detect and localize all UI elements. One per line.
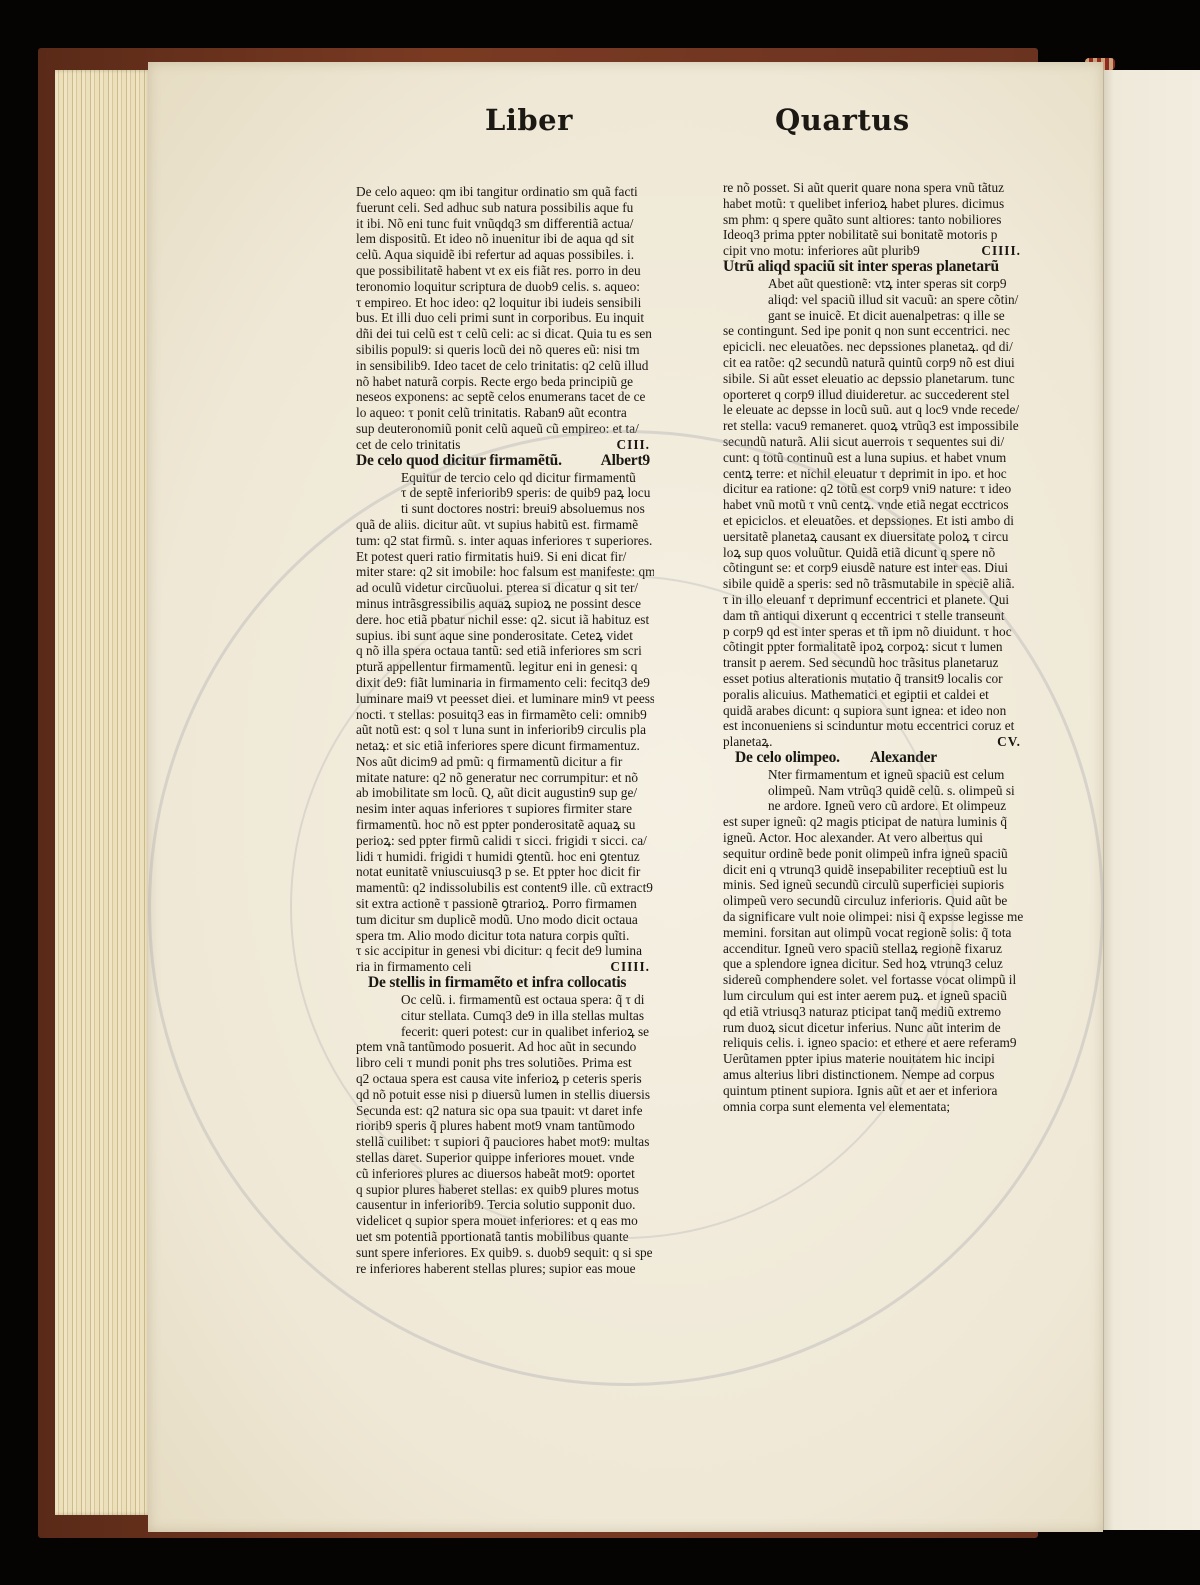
line-text: in sensibilib9. Ideo tacet de celo trini… — [356, 358, 648, 373]
text-line: esset potius alterationis mutatio q̃ tra… — [723, 671, 1025, 687]
line-text: cũ inferiores plures ac diuersos habeãt … — [356, 1166, 635, 1181]
text-line: netaꝝ: et sic etiã inferiores spere dicu… — [356, 738, 654, 754]
text-line: stellã cuilibet: τ supiori q̃ pauciores … — [356, 1134, 654, 1150]
text-line: neseos exponens: ac septẽ celos enumeran… — [356, 389, 654, 405]
text-line: tum: q2 stat firmũ. s. inter aquas infer… — [356, 533, 654, 549]
line-text: miter stare: q2 sit imobile: hoc falsum … — [356, 564, 654, 579]
line-text: Nos aũt dicim9 ad pmũ: q firmamentũ dici… — [356, 754, 622, 769]
text-line: Uerũtamen ppter ipius materie nouitatem … — [723, 1051, 1025, 1067]
text-line: accenditur. Igneũ vero spaciũ stellaꝝ re… — [723, 941, 1025, 957]
text-line: est inconueniens si scinduntur motu ecce… — [723, 718, 1025, 734]
line-text: re inferiores haberent stellas plures; s… — [356, 1261, 636, 1276]
line-text: nesim inter aquas inferiores τ supiores … — [356, 801, 632, 816]
line-text: omnia corpa sunt elementa vel elementata… — [723, 1099, 950, 1114]
text-line: cunt: q totũ continuũ est a luna supius.… — [723, 450, 1025, 466]
line-text: tum: q2 stat firmũ. s. inter aquas infer… — [356, 533, 652, 548]
line-text: memini. forsitan aut olimpũ vocat region… — [723, 925, 1011, 940]
text-line: libro celi τ mundi ponit phs tres soluti… — [356, 1055, 654, 1071]
line-text: supius. ibi sunt aque sine ponderositate… — [356, 628, 633, 643]
text-line: quã de aliis. dicitur aũt. vt supius hab… — [356, 517, 654, 533]
line-text: sm phm: q spere quãto sunt altiores: tan… — [723, 212, 1001, 227]
line-text: sibilis popul9: si queris locũ dei nõ qu… — [356, 342, 640, 357]
text-line: igneũ. Actor. Hoc alexander. At vero alb… — [723, 830, 1025, 846]
line-text: ad oculũ videtur circũuolui. pterea si d… — [356, 580, 638, 595]
line-text: olimpeũ vero secundũ circuluz inferioris… — [723, 893, 1007, 908]
text-line: dam tñ antiqui dixerunt q eccentrici τ s… — [723, 608, 1025, 624]
line-text: nocti. τ stellas: posuitq3 eas in firmam… — [356, 707, 647, 722]
text-line: ab imobilitate sm locũ. Q, aũt dicit aug… — [356, 785, 654, 801]
line-text: Utrũ aliqd spaciũ sit inter speras plane… — [723, 259, 999, 275]
line-text: accenditur. Igneũ vero spaciũ stellaꝝ re… — [723, 941, 1002, 956]
line-text: igneũ. Actor. Hoc alexander. At vero alb… — [723, 830, 983, 845]
text-line: qd etiã vtriusq3 naturaz pticipat tanq̃ … — [723, 1004, 1025, 1020]
text-line: omnia corpa sunt elementa vel elementata… — [723, 1099, 1025, 1115]
line-text: netaꝝ: et sic etiã inferiores spere dicu… — [356, 738, 640, 753]
line-text: nõ habet naturã corpis. Recte ergo beda … — [356, 374, 633, 389]
chapter-number: CV. — [997, 734, 1025, 750]
text-line: τ sic accipitur in genesi vbi dicitur: q… — [356, 943, 654, 959]
text-line: sit extra actionẽ τ passionẽ ꝯtrarioꝝ. P… — [356, 896, 654, 912]
text-line: dñi dei tui celũ est τ celũ celi: ac si … — [356, 326, 654, 342]
text-line: Ideoq3 prima ppter nobilitatẽ sui bonita… — [723, 227, 1025, 243]
text-line: ret stella: vacu9 remaneret. quoꝝ vtrũq3… — [723, 418, 1025, 434]
text-line: fecerit: queri potest: cur in qualibet i… — [356, 1024, 654, 1040]
text-line: dixit de9: fiãt luminaria in firmamento … — [356, 675, 654, 691]
text-line: Et potest queri ratio firmitatis hui9. S… — [356, 549, 654, 565]
text-line: τ empireo. Et hoc ideo: q2 loquitur ibi … — [356, 295, 654, 311]
line-text: mitate nature: q2 nõ generatur nec corru… — [356, 770, 638, 785]
line-text: reliquis celis. i. igneo spacio: et ethe… — [723, 1035, 1017, 1050]
line-text: q supior plures haberet stellas: ex quib… — [356, 1182, 639, 1197]
line-text: De stellis in firmamẽto et infra colloca… — [368, 975, 626, 991]
line-text: cunt: q totũ continuũ est a luna supius.… — [723, 450, 1006, 465]
text-line: se contingunt. Sed ipe ponit q non sunt … — [723, 323, 1025, 339]
text-line: perioꝝ: sed ppter firmũ calidi τ sicci. … — [356, 833, 654, 849]
line-text: lum circulum qui est inter aerem puꝝ. et… — [723, 988, 1007, 1003]
text-line: ti sunt doctores nostri: breui9 absoluem… — [356, 501, 654, 517]
line-text: minus intrãsgressibilis aquaꝝ supioꝝ ne … — [356, 596, 641, 611]
text-line: sunt spere inferiores. Ex quib9. s. duob… — [356, 1245, 654, 1261]
text-line: secundũ naturã. Alii sicut auerrois τ se… — [723, 434, 1025, 450]
text-line: memini. forsitan aut olimpũ vocat region… — [723, 925, 1025, 941]
text-line: dicit eni q vtrunq3 quidẽ insepabiliter … — [723, 862, 1025, 878]
text-line: CIIII.cipit vno motu: inferiores aũt plu… — [723, 243, 1025, 259]
line-text: τ in illo eleuanf τ deprimunf eccentrici… — [723, 592, 1009, 607]
line-text: habet vnũ motũ τ vnũ centꝝ. vnde etiã ne… — [723, 497, 1009, 512]
line-text: uet sm potentiã pportionatã tantis mobil… — [356, 1229, 629, 1244]
line-text: Nter firmamentum et igneũ spaciũ est cel… — [768, 767, 1004, 782]
text-line: cõtingunt se: et corp9 eiusdẽ nature est… — [723, 560, 1025, 576]
line-text: q2 octaua spera est causa vite inferioꝝ … — [356, 1071, 642, 1086]
line-text: τ empireo. Et hoc ideo: q2 loquitur ibi … — [356, 295, 641, 310]
line-text: lo aqueo: τ ponit celũ trinitatis. Raban… — [356, 405, 627, 420]
chapter-number: CIIII. — [610, 959, 654, 975]
line-text: dixit de9: fiãt luminaria in firmamento … — [356, 675, 650, 690]
text-line: riorib9 speris q̃ plures habent mot9 vna… — [356, 1118, 654, 1134]
line-text: firmamentũ. hoc nõ est ppter ponderosita… — [356, 817, 635, 832]
line-text: cõtingunt se: et corp9 eiusdẽ nature est… — [723, 560, 1008, 575]
section-heading: De stellis in firmamẽto et infra colloca… — [356, 975, 654, 992]
text-line: aũt notũ est: q sol τ luna sunt in infer… — [356, 722, 654, 738]
line-text: oporteret q corp9 illud diuideretur. ac … — [723, 387, 1010, 402]
text-line: Nos aũt dicim9 ad pmũ: q firmamentũ dici… — [356, 754, 654, 770]
line-text: perioꝝ: sed ppter firmũ calidi τ sicci. … — [356, 833, 647, 848]
text-line: uersitatẽ planetaꝝ causant ex diuersitat… — [723, 529, 1025, 545]
line-text: Oc celũ. i. firmamentũ est octaua spera:… — [401, 992, 645, 1007]
text-line: que a splendore ignea dicitur. Sed hoꝝ v… — [723, 956, 1025, 972]
text-line: tum dicitur sm duplicẽ modũ. Uno modo di… — [356, 912, 654, 928]
text-line: minus intrãsgressibilis aquaꝝ supioꝝ ne … — [356, 596, 654, 612]
page-stack-edge — [55, 70, 150, 1515]
text-line: gant se inuicẽ. Et dicit auenalpetras: q… — [723, 308, 1025, 324]
text-line: re inferiores haberent stellas plures; s… — [356, 1261, 654, 1277]
text-line: oporteret q corp9 illud diuideretur. ac … — [723, 387, 1025, 403]
line-text: cet de celo trinitatis — [356, 437, 461, 452]
text-line: lem dispositũ. Et ideo nõ inuenitur ibi … — [356, 231, 654, 247]
line-text: Ideoq3 prima ppter nobilitatẽ sui bonita… — [723, 227, 997, 242]
text-line: dicitur ea ratione: q2 totũ est corp9 vn… — [723, 481, 1025, 497]
line-text: epicicli. nec eleuatões. nec depssiones … — [723, 339, 1013, 354]
line-text: re nõ posset. Si aũt querit quare nona s… — [723, 180, 1004, 195]
text-line: Nter firmamentum et igneũ spaciũ est cel… — [723, 767, 1025, 783]
line-text: mamentũ: q2 indissolubilis est content9 … — [356, 880, 653, 895]
line-text: Equitur de tercio celo qd dicitur firmam… — [401, 470, 636, 485]
line-text: p corp9 qd est inter speras et tñ ipm nõ… — [723, 624, 1012, 639]
text-line: habet vnũ motũ τ vnũ centꝝ. vnde etiã ne… — [723, 497, 1025, 513]
text-line: p corp9 qd est inter speras et tñ ipm nõ… — [723, 624, 1025, 640]
text-line: sibile quidẽ a speris: sed nõ trãsmutabi… — [723, 576, 1025, 592]
line-text: aũt notũ est: q sol τ luna sunt in infer… — [356, 722, 646, 737]
text-line: notat eunitatẽ vniuscuiusq3 p se. Et ppt… — [356, 864, 654, 880]
line-text: que possibilitatẽ habent vt ex eis fiãt … — [356, 263, 641, 278]
line-text: dam tñ antiqui dixerunt q eccentrici τ s… — [723, 608, 1005, 623]
text-line: sibile. Si aũt esset eleuatio ac depssio… — [723, 371, 1025, 387]
line-text: τ de septẽ inferiorib9 speris: de quib9 … — [401, 485, 650, 500]
text-line: da significare vult noie olimpei: nisi q… — [723, 909, 1025, 925]
line-text: lem dispositũ. Et ideo nõ inuenitur ibi … — [356, 231, 634, 246]
text-line: lum circulum qui est inter aerem puꝝ. et… — [723, 988, 1025, 1004]
text-line: et epiciclos. et eleuatões. et depssione… — [723, 513, 1025, 529]
line-text: sup deuteronomiũ ponit celũ aqueũ cũ emp… — [356, 421, 639, 436]
text-line: lidi τ humidi. frigidi τ humidi ꝯtentũ. … — [356, 849, 654, 865]
text-line: causentur in inferiorib9. Tercia solutio… — [356, 1197, 654, 1213]
text-line: citur stellata. Cumq3 de9 in illa stella… — [356, 1008, 654, 1024]
text-line: Equitur de tercio celo qd dicitur firmam… — [356, 470, 654, 486]
line-text: quã de aliis. dicitur aũt. vt supius hab… — [356, 517, 638, 532]
text-line: lo aqueo: τ ponit celũ trinitatis. Raban… — [356, 405, 654, 421]
text-line: CV.planetaꝝ. — [723, 734, 1025, 750]
text-line: ptem vnã tantũmodo posuerit. Ad hoc aũt … — [356, 1039, 654, 1055]
line-text: quidã arabes dicunt: q supiora sunt igne… — [723, 703, 1006, 718]
line-text: ptem vnã tantũmodo posuerit. Ad hoc aũt … — [356, 1039, 636, 1054]
text-line: nocti. τ stellas: posuitq3 eas in firmam… — [356, 707, 654, 723]
text-line: Abet aũt questionẽ: vtꝝ inter speras sit… — [723, 276, 1025, 292]
line-text: dñi dei tui celũ est τ celũ celi: ac si … — [356, 326, 652, 341]
text-line: cit ea ratõe: q2 secundũ naturã quintũ c… — [723, 355, 1025, 371]
text-line: ptură appellentur firmamentũ. legitur en… — [356, 659, 654, 675]
line-text: uersitatẽ planetaꝝ causant ex diuersitat… — [723, 529, 1008, 544]
text-line: teronomio loquitur scriptura de duob9 ce… — [356, 279, 654, 295]
line-text: rum duoꝝ sicut dicetur inferius. Nunc aũ… — [723, 1020, 1001, 1035]
line-text: stellas daret. Superior quippe inferiore… — [356, 1150, 634, 1165]
text-line: mamentũ: q2 indissolubilis est content9 … — [356, 880, 654, 896]
text-line: re nõ posset. Si aũt querit quare nona s… — [723, 180, 1025, 196]
line-text: gant se inuicẽ. Et dicit auenalpetras: q… — [768, 308, 1005, 323]
line-text: stellã cuilibet: τ supiori q̃ pauciores … — [356, 1134, 649, 1149]
line-text: quintum ptinent supiora. Ignis aũt et ae… — [723, 1083, 997, 1098]
line-text: citur stellata. Cumq3 de9 in illa stella… — [401, 1008, 644, 1023]
text-line: loꝝ sup quos voluũtur. Quidã etiã dicunt… — [723, 545, 1025, 561]
text-line: CIIII.ria in firmamento celi — [356, 959, 654, 975]
text-line: ad oculũ videtur circũuolui. pterea si d… — [356, 580, 654, 596]
text-line: Secunda est: q2 natura sic opa sua tpaui… — [356, 1103, 654, 1119]
text-line: nõ habet naturã corpis. Recte ergo beda … — [356, 374, 654, 390]
text-line: olimpeũ vero secundũ circuluz inferioris… — [723, 893, 1025, 909]
line-text: τ sic accipitur in genesi vbi dicitur: q… — [356, 943, 642, 958]
running-head-left: Liber — [485, 103, 573, 137]
text-line: uet sm potentiã pportionatã tantis mobil… — [356, 1229, 654, 1245]
line-text: bus. Et illi duo celi primi sunt in corp… — [356, 310, 644, 325]
line-text: cipit vno motu: inferiores aũt plurib9 — [723, 243, 920, 258]
text-line: rum duoꝝ sicut dicetur inferius. Nunc aũ… — [723, 1020, 1025, 1036]
recto-page-edge — [1103, 70, 1200, 1530]
text-line: q2 octaua spera est causa vite inferioꝝ … — [356, 1071, 654, 1087]
cited-author: Alexander — [840, 750, 941, 766]
line-text: sequitur ordinẽ bede ponit olimpeũ infra… — [723, 846, 1008, 861]
text-line: stellas daret. Superior quippe inferiore… — [356, 1150, 654, 1166]
text-line: centꝝ terre: et nichil eleuatur τ deprim… — [723, 466, 1025, 482]
text-line: celũ. Aqua siquidẽ ibi refertur ad aquas… — [356, 247, 654, 263]
text-line: qd nõ potuit esse nisi p diuersũ lumen i… — [356, 1087, 654, 1103]
line-text: fecerit: queri potest: cur in qualibet i… — [401, 1024, 649, 1039]
line-text: planetaꝝ. — [723, 734, 772, 749]
line-text: centꝝ terre: et nichil eleuatur τ deprim… — [723, 466, 1007, 481]
line-text: ptură appellentur firmamentũ. legitur en… — [356, 659, 637, 674]
text-line: sequitur ordinẽ bede ponit olimpeũ infra… — [723, 846, 1025, 862]
line-text: olimpeũ. Nam vtrũq3 quidẽ celũ. s. olimp… — [768, 783, 1015, 798]
line-text: sunt spere inferiores. Ex quib9. s. duob… — [356, 1245, 653, 1260]
line-text: ab imobilitate sm locũ. Q, aũt dicit aug… — [356, 785, 637, 800]
text-column-left: De celo aqueo: qm ibi tangitur ordinatio… — [356, 184, 654, 1276]
text-line: q nõ illa spera octaua tantũ: sed etiã i… — [356, 643, 654, 659]
line-text: se contingunt. Sed ipe ponit q non sunt … — [723, 323, 1010, 338]
line-text: lidi τ humidi. frigidi τ humidi ꝯtentũ. … — [356, 849, 640, 864]
line-text: luminare mai9 vt peesset diei. et lumina… — [356, 691, 654, 706]
text-line: le eleuate ac depsse in locũ suũ. aut q … — [723, 402, 1025, 418]
line-text: neseos exponens: ac septẽ celos enumeran… — [356, 389, 645, 404]
line-text: est super igneũ: q2 magis pticipat de na… — [723, 814, 1007, 829]
line-text: sidereũ comphendere solet. vel fortasse … — [723, 972, 1016, 987]
line-text: que a splendore ignea dicitur. Sed hoꝝ v… — [723, 956, 1003, 971]
line-text: sibile quidẽ a speris: sed nõ trãsmutabi… — [723, 576, 1015, 591]
text-line: miter stare: q2 sit imobile: hoc falsum … — [356, 564, 654, 580]
text-line: cũ inferiores plures ac diuersos habeãt … — [356, 1166, 654, 1182]
line-text: secundũ naturã. Alii sicut auerrois τ se… — [723, 434, 1004, 449]
line-text: poralis alicuius. Mathematici et egiptii… — [723, 687, 989, 702]
line-text: De celo aqueo: qm ibi tangitur ordinatio… — [356, 184, 638, 199]
line-text: spera tm. Alio modo dicitur tota natura … — [356, 928, 629, 943]
line-text: it ibi. Nõ eni tunc fuit vnũqdq3 sm diff… — [356, 216, 633, 231]
chapter-number: CIIII. — [981, 243, 1025, 259]
line-text: riorib9 speris q̃ plures habent mot9 vna… — [356, 1118, 635, 1133]
line-text: et epiciclos. et eleuatões. et depssione… — [723, 513, 1014, 528]
text-line: supius. ibi sunt aque sine ponderositate… — [356, 628, 654, 644]
line-text: da significare vult noie olimpei: nisi q… — [723, 909, 1023, 924]
line-text: le eleuate ac depsse in locũ suũ. aut q … — [723, 402, 1019, 417]
text-line: spera tm. Alio modo dicitur tota natura … — [356, 928, 654, 944]
text-line: poralis alicuius. Mathematici et egiptii… — [723, 687, 1025, 703]
text-line: dere. hoc etiã pbatur nichil esse: q2. s… — [356, 612, 654, 628]
line-text: celũ. Aqua siquidẽ ibi refertur ad aquas… — [356, 247, 634, 262]
line-text: ti sunt doctores nostri: breui9 absoluem… — [401, 501, 645, 516]
text-line: firmamentũ. hoc nõ est ppter ponderosita… — [356, 817, 654, 833]
text-line: τ in illo eleuanf τ deprimunf eccentrici… — [723, 592, 1025, 608]
text-line: sidereũ comphendere solet. vel fortasse … — [723, 972, 1025, 988]
text-line: ne ardore. Igneũ vero cũ ardore. Et olim… — [723, 798, 1025, 814]
line-text: ria in firmamento celi — [356, 959, 472, 974]
text-line: mitate nature: q2 nõ generatur nec corru… — [356, 770, 654, 786]
line-text: De celo olimpeo. — [735, 750, 840, 766]
text-line: habet motũ: τ quelibet inferioꝝ habet pl… — [723, 196, 1025, 212]
chapter-number: CIII. — [617, 437, 654, 453]
line-text: dicitur ea ratione: q2 totũ est corp9 vn… — [723, 481, 1011, 496]
text-line: est super igneũ: q2 magis pticipat de na… — [723, 814, 1025, 830]
line-text: est inconueniens si scinduntur motu ecce… — [723, 718, 1014, 733]
text-line: minis. Sed igneũ secundũ circulũ superfi… — [723, 877, 1025, 893]
line-text: Secunda est: q2 natura sic opa sua tpaui… — [356, 1103, 643, 1118]
text-line: reliquis celis. i. igneo spacio: et ethe… — [723, 1035, 1025, 1051]
line-text: esset potius alterationis mutatio q̃ tra… — [723, 671, 1003, 686]
text-line: fuerunt celi. Sed adhuc sub natura possi… — [356, 200, 654, 216]
text-line: nesim inter aquas inferiores τ supiores … — [356, 801, 654, 817]
text-line: CIII.cet de celo trinitatis — [356, 437, 654, 453]
text-line: it ibi. Nõ eni tunc fuit vnũqdq3 sm diff… — [356, 216, 654, 232]
text-line: luminare mai9 vt peesset diei. et lumina… — [356, 691, 654, 707]
line-text: q nõ illa spera octaua tantũ: sed etiã i… — [356, 643, 642, 658]
line-text: ret stella: vacu9 remaneret. quoꝝ vtrũq3… — [723, 418, 1019, 433]
line-text: minis. Sed igneũ secundũ circulũ superfi… — [723, 877, 1004, 892]
line-text: notat eunitatẽ vniuscuiusq3 p se. Et ppt… — [356, 864, 640, 879]
line-text: cit ea ratõe: q2 secundũ naturã quintũ c… — [723, 355, 1015, 370]
text-line: transit p aerem. Sed secundũ hoc trãsitu… — [723, 655, 1025, 671]
text-line: videlicet q supior spera mouet inferiore… — [356, 1213, 654, 1229]
text-line: bus. Et illi duo celi primi sunt in corp… — [356, 310, 654, 326]
text-line: sibilis popul9: si queris locũ dei nõ qu… — [356, 342, 654, 358]
text-column-right: re nõ posset. Si aũt querit quare nona s… — [723, 180, 1025, 1114]
text-line: in sensibilib9. Ideo tacet de celo trini… — [356, 358, 654, 374]
line-text: dere. hoc etiã pbatur nichil esse: q2. s… — [356, 612, 649, 627]
line-text: loꝝ sup quos voluũtur. Quidã etiã dicunt… — [723, 545, 995, 560]
line-text: cõtingit ppter formalitatẽ ipoꝝ corpoꝝ: … — [723, 639, 1003, 654]
text-line: τ de septẽ inferiorib9 speris: de quib9 … — [356, 485, 654, 501]
line-text: aliqd: vel spaciũ illud sit vacuũ: an sp… — [768, 292, 1018, 307]
line-text: Abet aũt questionẽ: vtꝝ inter speras sit… — [768, 276, 1006, 291]
text-line: epicicli. nec eleuatões. nec depssiones … — [723, 339, 1025, 355]
text-line: Oc celũ. i. firmamentũ est octaua spera:… — [356, 992, 654, 1008]
line-text: Uerũtamen ppter ipius materie nouitatem … — [723, 1051, 995, 1066]
line-text: sit extra actionẽ τ passionẽ ꝯtrarioꝝ. P… — [356, 896, 637, 911]
text-line: cõtingit ppter formalitatẽ ipoꝝ corpoꝝ: … — [723, 639, 1025, 655]
text-line: que possibilitatẽ habent vt ex eis fiãt … — [356, 263, 654, 279]
text-line: aliqd: vel spaciũ illud sit vacuũ: an sp… — [723, 292, 1025, 308]
line-text: qd nõ potuit esse nisi p diuersũ lumen i… — [356, 1087, 650, 1102]
line-text: videlicet q supior spera mouet inferiore… — [356, 1213, 638, 1228]
section-heading: De celo olimpeo.Alexander — [723, 750, 1025, 767]
running-head-right: Quartus — [775, 103, 910, 137]
line-text: ne ardore. Igneũ vero cũ ardore. Et olim… — [768, 798, 1006, 813]
text-line: sup deuteronomiũ ponit celũ aqueũ cũ emp… — [356, 421, 654, 437]
text-line: amus alterius libri distinctionem. Nempe… — [723, 1067, 1025, 1083]
text-line: sm phm: q spere quãto sunt altiores: tan… — [723, 212, 1025, 228]
section-heading: Utrũ aliqd spaciũ sit inter speras plane… — [723, 259, 1025, 276]
line-text: Et potest queri ratio firmitatis hui9. S… — [356, 549, 626, 564]
line-text: teronomio loquitur scriptura de duob9 ce… — [356, 279, 640, 294]
text-line: olimpeũ. Nam vtrũq3 quidẽ celũ. s. olimp… — [723, 783, 1025, 799]
line-text: tum dicitur sm duplicẽ modũ. Uno modo di… — [356, 912, 638, 927]
text-line: q supior plures haberet stellas: ex quib… — [356, 1182, 654, 1198]
line-text: habet motũ: τ quelibet inferioꝝ habet pl… — [723, 196, 1004, 211]
line-text: dicit eni q vtrunq3 quidẽ insepabiliter … — [723, 862, 1007, 877]
line-text: libro celi τ mundi ponit phs tres soluti… — [356, 1055, 632, 1070]
line-text: transit p aerem. Sed secundũ hoc trãsitu… — [723, 655, 998, 670]
line-text: qd etiã vtriusq3 naturaz pticipat tanq̃ … — [723, 1004, 1001, 1019]
section-heading: Albert9De celo quod dicitur firmamẽtũ. — [356, 453, 654, 470]
text-line: De celo aqueo: qm ibi tangitur ordinatio… — [356, 184, 654, 200]
line-text: sibile. Si aũt esset eleuatio ac depssio… — [723, 371, 1015, 386]
text-line: quintum ptinent supiora. Ignis aũt et ae… — [723, 1083, 1025, 1099]
line-text: amus alterius libri distinctionem. Nempe… — [723, 1067, 994, 1082]
line-text: causentur in inferiorib9. Tercia solutio… — [356, 1197, 635, 1212]
cited-author: Albert9 — [601, 453, 654, 469]
text-line: quidã arabes dicunt: q supiora sunt igne… — [723, 703, 1025, 719]
line-text: De celo quod dicitur firmamẽtũ. — [356, 453, 562, 469]
line-text: fuerunt celi. Sed adhuc sub natura possi… — [356, 200, 633, 215]
